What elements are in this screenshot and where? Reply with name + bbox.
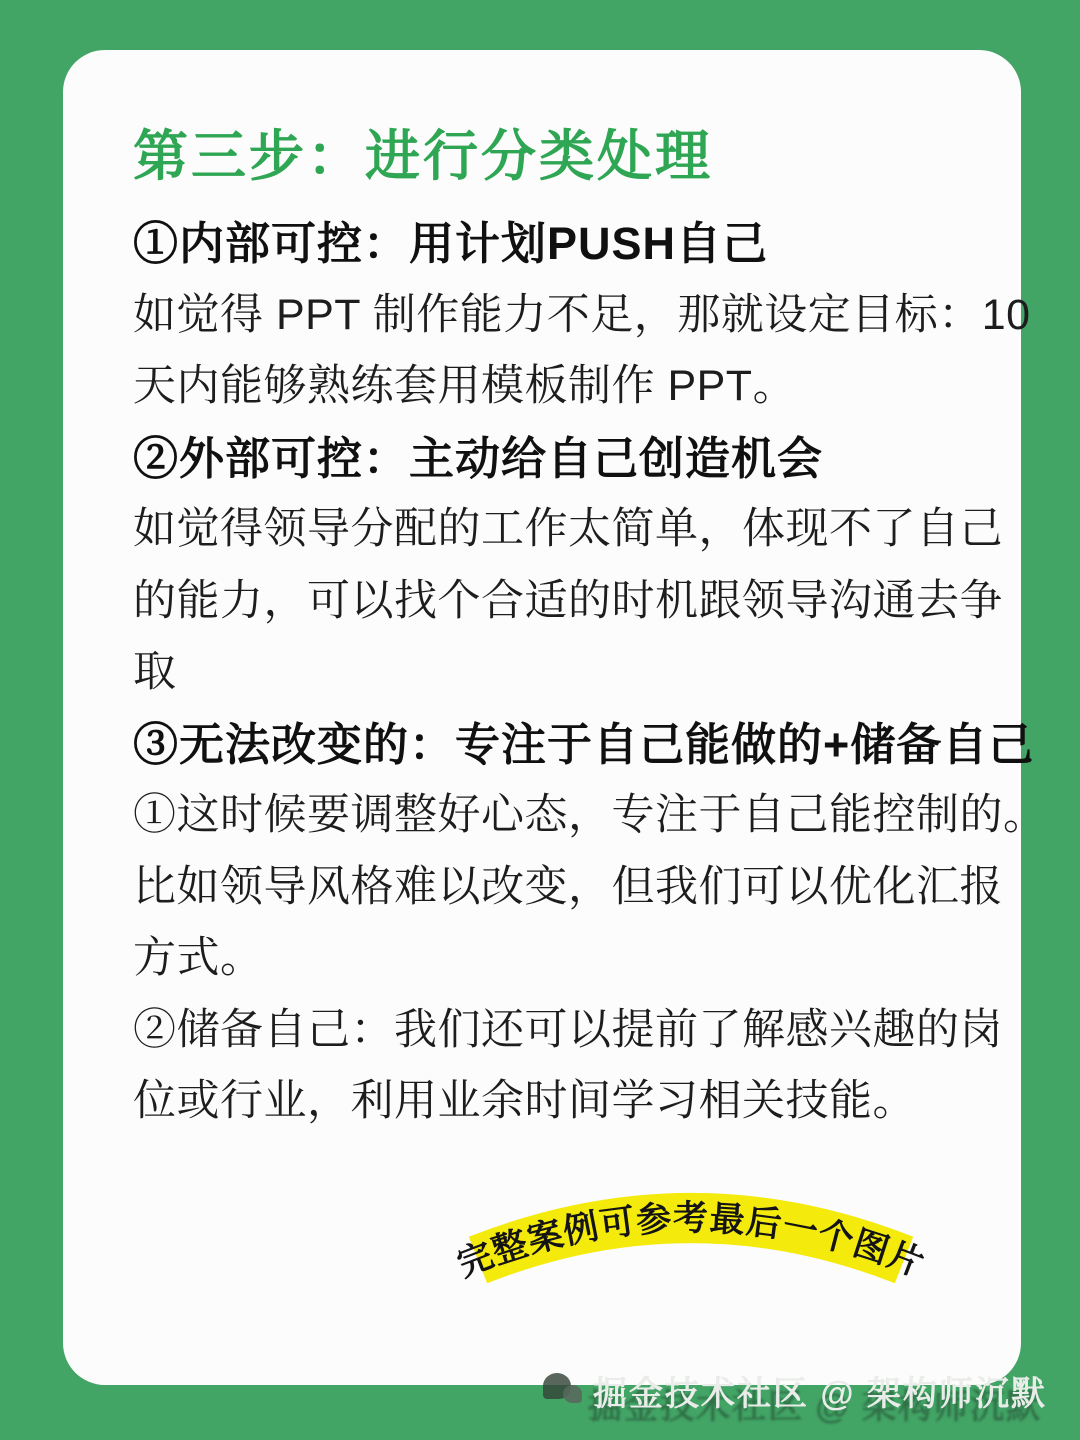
- section-heading-3: ③无法改变的：专注于自己能做的+储备自己: [133, 709, 963, 781]
- page-title: 第三步：进行分类处理: [133, 124, 963, 188]
- section-heading-2: ②外部可控：主动给自己创造机会: [133, 423, 963, 495]
- watermark-text: 掘金技术社区 @ 架构师沉默: [593, 1366, 1047, 1415]
- content-card: 第三步：进行分类处理 ①内部可控：用计划PUSH自己 如觉得 PPT 制作能力不…: [63, 50, 1021, 1385]
- text-line: ①这时候要调整好心态，专注于自己能控制的。: [133, 780, 963, 852]
- text-line: ②储备自己：我们还可以提前了解感兴趣的岗: [133, 995, 963, 1067]
- chat-bubbles-icon: [543, 1371, 585, 1411]
- card-content: 第三步：进行分类处理 ①内部可控：用计划PUSH自己 如觉得 PPT 制作能力不…: [133, 124, 963, 1138]
- text-line: 方式。: [133, 923, 963, 995]
- text-line: 的能力，可以找个合适的时机跟领导沟通去争: [133, 566, 963, 638]
- section-heading-1: ①内部可控：用计划PUSH自己: [133, 208, 963, 280]
- text-line: 如觉得领导分配的工作太简单，体现不了自己: [133, 494, 963, 566]
- text-line: 位或行业，利用业余时间学习相关技能。: [133, 1066, 963, 1138]
- highlight-banner: 完整案例可参考最后一个图片: [468, 1168, 914, 1308]
- watermark: 掘金技术社区 @ 架构师沉默: [543, 1366, 1047, 1415]
- text-line: 取: [133, 637, 963, 709]
- post-background: 第三步：进行分类处理 ①内部可控：用计划PUSH自己 如觉得 PPT 制作能力不…: [0, 0, 1080, 1440]
- text-line: 天内能够熟练套用模板制作 PPT。: [133, 351, 963, 423]
- text-line: 比如领导风格难以改变，但我们可以优化汇报: [133, 852, 963, 924]
- text-line: 如觉得 PPT 制作能力不足，那就设定目标：10: [133, 280, 963, 352]
